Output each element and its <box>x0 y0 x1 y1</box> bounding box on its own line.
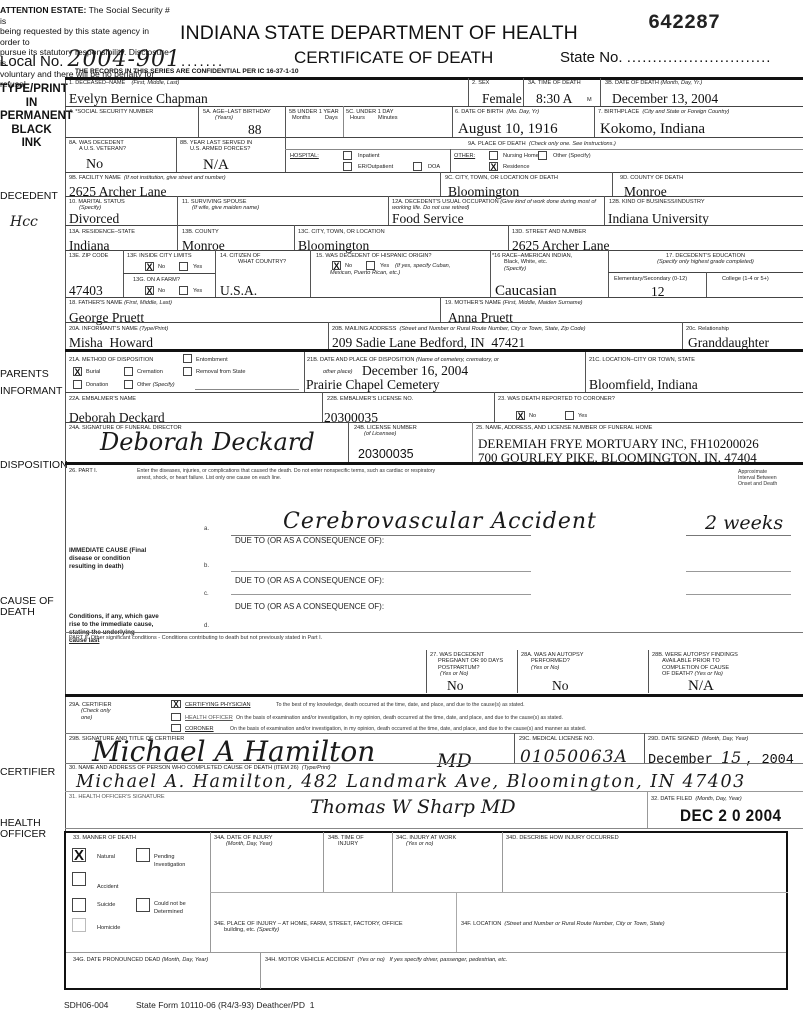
dob-label: 6. DATE OF BIRTH (Mo. Day, Yr) <box>455 109 539 115</box>
side-label-certifier: CERTIFIER <box>0 767 55 778</box>
label-hint: (Yes or no) <box>406 841 433 847</box>
date-signed-day: 15 <box>721 748 741 767</box>
coroner-option-label: CORONER <box>185 726 214 732</box>
name-label: 1. DECEASED–NAME (First, Middle, Last) <box>69 80 179 86</box>
label-hint: (Type/Print) <box>139 326 168 332</box>
health-officer-label: HEALTH OFFICER <box>185 715 233 721</box>
label-hint: (Street and Number or Rural Route Number… <box>399 326 585 332</box>
side-label: TYPE/PRINT <box>0 83 63 97</box>
side-label-disposition: DISPOSITION <box>0 460 68 471</box>
cremation-checkbox[interactable] <box>124 367 133 376</box>
education-label: 17. DECEDENT'S EDUCATION(Specify only hi… <box>608 253 803 266</box>
natural-checkbox[interactable]: X <box>72 848 86 862</box>
removal-label: Removal from State <box>196 369 245 375</box>
natural-label: Natural <box>97 854 115 860</box>
other-label: OTHER: <box>454 153 475 159</box>
label-hint: (Yes or No) <box>531 665 559 671</box>
coroner-label: 23. WAS DEATH REPORTED TO CORONER? <box>498 396 615 402</box>
hispanic-hint: Mexican, Puerto Rican, etc.) <box>330 270 400 276</box>
dob-value: August 10, 1916 <box>458 121 558 138</box>
nursing-home-checkbox[interactable] <box>489 151 498 160</box>
facility-label: 9b. FACILITY NAME (If not institution, g… <box>69 175 226 181</box>
certificate-title: CERTIFICATE OF DEATH <box>294 48 493 68</box>
hispanic-yes-checkbox[interactable] <box>366 261 375 270</box>
director-license-label: 24b. LICENSE NUMBER(of Licensee) <box>354 425 417 438</box>
health-officer-text: On the basis of examination and/or inves… <box>236 715 563 721</box>
months-label: Months <box>292 115 310 121</box>
label-hint: (First, Middle, Maiden Surname) <box>503 300 583 306</box>
injury-date-label: 34a. DATE OF INJURY(Month, Day, Year) <box>214 835 273 848</box>
time-of-death-label: 3a. TIME OF DEATH <box>528 80 581 86</box>
age-value: 88 <box>248 122 262 138</box>
homicide-label: Homicide <box>97 925 120 931</box>
no-label: No <box>158 264 165 270</box>
label-text: WHAT COUNTRY? <box>220 259 286 265</box>
zip-label: 13e. ZIP CODE <box>69 253 108 259</box>
due-to-c: DUE TO (OR AS A CONSEQUENCE OF): <box>235 602 384 611</box>
state-number: State No. ............................ <box>560 49 771 66</box>
interval-label: Approximate Interval Between Onset and D… <box>738 469 777 487</box>
label-text: Pending <box>154 853 185 861</box>
hispanic-no-checkbox[interactable]: X <box>332 261 341 270</box>
pregnant-value: No <box>447 678 464 694</box>
mother-label: 19. MOTHER'S NAME (First, Middle, Maiden… <box>445 300 583 306</box>
local-number-label: Local No. <box>0 53 63 70</box>
label-text: OF DEATH? <box>662 671 693 677</box>
date-of-death-value: December 13, 2004 <box>612 91 718 107</box>
age-label: 5a. AGE–Last Birthday(Years) <box>203 109 271 122</box>
label-text: 18. FATHER'S NAME <box>69 300 123 306</box>
donation-label: Donation <box>86 382 108 388</box>
findings-value: N/A <box>688 678 714 695</box>
label-text: U.S. ARMED FORCES? <box>180 146 252 152</box>
yes-label: Yes <box>193 264 202 270</box>
residence-state-value: Indiana <box>69 238 109 254</box>
nursing-home-label: Nursing Home <box>503 153 539 159</box>
completed-by-label: 30. NAME AND ADDRESS OF PERSON WHO COMPL… <box>69 765 331 771</box>
instruction-text: Enter the diseases, injuries, or complic… <box>137 468 435 475</box>
label-hint: (Yes or no) <box>357 957 384 963</box>
date-signed-value: December 15, 2004 <box>648 748 794 768</box>
label-text: Could not be <box>154 900 186 908</box>
birthplace-label: 7. BIRTHPLACE (City and State or Foreign… <box>598 109 729 115</box>
hispanic-label: 15. WAS DECEDENT OF HISPANIC ORIGIN? <box>316 253 432 259</box>
elementary-label: Elementary/Secondary (0-12) <box>614 276 687 282</box>
side-label: IN <box>0 97 63 111</box>
disposition-method-label: 21a. METHOD OF DISPOSITION <box>69 357 153 363</box>
label-text: 30. NAME AND ADDRESS OF PERSON WHO COMPL… <box>69 765 299 771</box>
label-text: Determined <box>154 908 186 916</box>
medical-license-label: 29c. MEDICAL LICENSE NO. <box>519 736 594 742</box>
doa-checkbox[interactable] <box>413 162 422 171</box>
decedent-name: Evelyn Bernice Chapman <box>69 91 208 107</box>
label-hint: (of Licensee) <box>364 431 396 437</box>
label-text: 9b. FACILITY NAME <box>69 175 121 181</box>
city-limits-yes-checkbox[interactable] <box>179 262 188 271</box>
label-text: 34f. LOCATION <box>461 921 501 927</box>
label-hint: (Specify only highest grade completed) <box>657 259 754 265</box>
label-hint: (Check only <box>81 708 111 714</box>
label-text: 29d. DATE SIGNED <box>648 736 699 742</box>
side-label-informant: INFORMANT <box>0 386 62 397</box>
health-officer-signature-label: 31. HEALTH OFFICER'S SIGNATURE <box>69 794 165 800</box>
pronounced-dead-label: 34g. DATE PRONOUNCED DEAD (Month, Day, Y… <box>73 957 208 963</box>
disposition-other-place-hint: other place) <box>323 369 353 375</box>
days-label: Days <box>325 115 338 121</box>
medical-license-value: 01050063A <box>520 747 628 767</box>
line-c-marker: c. <box>204 591 209 597</box>
label-hint: (If wife, give maiden name) <box>192 205 259 211</box>
veteran-value: No <box>86 157 103 173</box>
label-text: disease or condition <box>69 555 146 563</box>
label-text: 7. BIRTHPLACE <box>598 109 639 115</box>
relationship-label: 20c. Relationship <box>686 326 729 332</box>
residence-label: Residence <box>503 164 529 170</box>
father-value: George Pruett <box>69 310 144 326</box>
city-of-death-value: Bloomington <box>448 184 519 200</box>
label-text: Onset and Death <box>738 481 777 487</box>
label-text: rise to the immediate cause, <box>69 621 159 629</box>
doa-label: DOA <box>428 164 440 170</box>
health-officer-signature: Thomas W Sharp MD <box>310 796 516 818</box>
residence-checkbox[interactable]: X <box>489 162 498 171</box>
hours-label: Hours <box>350 115 365 121</box>
residence-city-label: 13c. CITY, TOWN, OR LOCATION <box>298 229 385 235</box>
citizen-label: 14. CITIZEN OFWHAT COUNTRY? <box>220 253 286 266</box>
label-hint: If yes specify driver, passenger, pedest… <box>389 957 507 963</box>
injury-at-work-label: 34c. INJURY AT WORK(Yes or no) <box>396 835 456 848</box>
burial-label: Burial <box>86 369 100 375</box>
embalmer-label: 22a. EMBALMER'S NAME <box>69 396 136 402</box>
city-limits-no-checkbox[interactable]: X <box>145 262 154 271</box>
other-disposition-checkbox[interactable] <box>124 380 133 389</box>
donation-checkbox[interactable] <box>73 380 82 389</box>
city-of-death-label: 9c. CITY, TOWN, OR LOCATION OF DEATH <box>445 175 558 181</box>
injury-how-label: 34d. DESCRIBE HOW INJURY OCCURRED <box>506 835 619 841</box>
label-hint: (Yes or No) <box>695 671 723 677</box>
line-a-marker: a. <box>204 526 209 532</box>
label-text: 9a. PLACE OF DEATH <box>468 141 526 147</box>
farm-no-checkbox[interactable]: X <box>145 286 154 295</box>
label-hint: (Yes or No) <box>440 671 468 677</box>
label-text: 20b. MAILING ADDRESS <box>332 326 396 332</box>
certifier-label: 29a. CERTIFIER(Check onlyone) <box>69 702 111 721</box>
date-filed-stamp: DEC 2 0 2004 <box>680 806 782 826</box>
label-hint: (Specify) <box>257 927 279 933</box>
residence-city-value: Bloomington <box>298 238 369 254</box>
part1-instructions: Enter the diseases, injuries, or complic… <box>137 468 435 482</box>
certifier-title: MD <box>437 750 472 772</box>
no-label: No <box>345 263 352 269</box>
side-label-parents: PARENTS <box>0 369 49 380</box>
label-text: 1. DECEASED–NAME <box>69 80 125 86</box>
sex-value: Female <box>482 91 522 107</box>
coroner-yes-checkbox[interactable] <box>565 411 574 420</box>
occupation-label: 12a. DECEDENT'S USUAL OCCUPATION (Give k… <box>392 199 602 212</box>
suicide-label: Suicide <box>97 902 115 908</box>
autopsy-label: 28a. WAS AN AUTOPSYPERFORMED?(Yes or No) <box>521 652 584 671</box>
yes-label: Yes <box>578 413 587 419</box>
pending-checkbox[interactable] <box>136 848 150 862</box>
line-d-marker: d. <box>204 623 209 629</box>
birthplace-value: Kokomo, Indiana <box>600 121 705 138</box>
label-text: Investigation <box>154 861 185 869</box>
certifying-physician-label: CERTIFYING PHYSICIAN <box>185 702 250 708</box>
removal-checkbox[interactable] <box>183 367 192 376</box>
informant-name-label: 20a. INFORMANT'S NAME (Type/Print) <box>69 326 168 332</box>
farm-label: 13g. ON A FARM? <box>133 277 180 283</box>
inpatient-label: Inpatient <box>358 153 379 159</box>
race-label: *16 RACE–American Indian,Black, White, e… <box>492 253 572 272</box>
side-note-handwritten: Hcc <box>10 214 38 230</box>
funeral-home-label: 25. NAME, ADDRESS, AND LICENSE NUMBER OF… <box>476 425 652 431</box>
year-served-label: 8b. YEAR LAST SERVED INU.S. ARMED FORCES… <box>180 140 252 153</box>
pending-label: PendingInvestigation <box>154 853 185 869</box>
findings-label: 28b. WERE AUTOPSY FINDINGSAVAILABLE PRIO… <box>652 652 738 678</box>
farm-yes-checkbox[interactable] <box>179 286 188 295</box>
label-hint: (Month, Day, Year) <box>226 841 272 847</box>
injury-place-label: 34e. PLACE OF INJURY – At home, farm, st… <box>214 921 403 934</box>
completed-by-value: Michael A. Hamilton, 482 Landmark Ave, B… <box>76 772 746 792</box>
interval-a-value: 2 weeks <box>705 512 783 534</box>
label-text: 34h. MOTOR VEHICLE ACCIDENT <box>265 957 354 963</box>
immediate-cause-label: IMMEDIATE CAUSE (Final disease or condit… <box>69 547 146 571</box>
er-outpatient-label: ER/Outpatient <box>358 164 393 170</box>
form-name: State Form 10110-06 (R4/3-93) Deathcer/P… <box>136 1000 314 1010</box>
stamp-number: 642287 <box>648 12 720 35</box>
attention-bold: ATTENTION ESTATE: <box>0 5 86 15</box>
veteran-label: 8a. WAS DECEDENTA U.S. VETERAN? <box>69 140 126 153</box>
yes-label: Yes <box>380 263 389 269</box>
er-outpatient-checkbox[interactable] <box>343 162 352 171</box>
injury-time-label: 34b. TIME OFINJURY <box>328 835 364 848</box>
business-label: 12b. KIND OF BUSINESS/INDUSTRY <box>609 199 705 205</box>
due-to-b: DUE TO (OR AS A CONSEQUENCE OF): <box>235 576 384 585</box>
side-label-health-officer: HEALTH OFFICER <box>0 818 46 840</box>
entombment-checkbox[interactable] <box>183 354 192 363</box>
label-hint: (If not institution, give street and num… <box>124 175 226 181</box>
informant-address-label: 20b. MAILING ADDRESS (Street and Number … <box>332 326 586 332</box>
manner-of-death-label: 33. MANNER OF DEATH <box>73 835 136 841</box>
residence-county-label: 13b. COUNTY <box>182 229 219 235</box>
spouse-label: 11. SURVIVING SPOUSE(If wife, give maide… <box>182 199 259 212</box>
cremation-label: Cremation <box>137 369 163 375</box>
pregnant-label: 27. WAS DECEDENTPREGNANT OR 90 DAYSPOSTP… <box>430 652 503 678</box>
label-hint: (City and State or Foreign Country) <box>642 109 729 115</box>
coroner-no-checkbox[interactable]: X <box>516 411 525 420</box>
street-label: 13d. STREET AND NUMBER <box>512 229 586 235</box>
label-text: Conditions, if any, which gave <box>69 613 159 621</box>
date-signed-label: 29d. DATE SIGNED (Month, Day, Year) <box>648 736 748 742</box>
could-not-determine-label: Could not beDetermined <box>154 900 186 916</box>
part2-label: PART II. Other significant conditions - … <box>69 635 322 641</box>
side-label-cause-of-death: CAUSE OF DEATH <box>0 596 54 618</box>
hispanic-hint: (If yes, specify Cuban, <box>395 263 450 269</box>
part1-label: 26. PART I. <box>69 468 97 474</box>
label-text: 19. MOTHER'S NAME <box>445 300 501 306</box>
side-label: BLACK INK <box>0 124 63 151</box>
county-of-death-label: 9d. COUNTY OF DEATH <box>620 175 683 181</box>
residence-state-label: 13a. RESIDENCE–STATE <box>69 229 135 235</box>
label-text: PREGNANT OR 90 DAYS <box>430 658 503 664</box>
embalmer-value: Deborah Deckard <box>69 410 165 426</box>
confidential-notice: THE RECORDS IN THIS SERIES ARE CONFIDENT… <box>75 68 299 75</box>
disposition-location-value: Bloomfield, Indiana <box>589 377 698 393</box>
label-hint: (Specify) <box>504 266 526 272</box>
residence-county-value: Monroe <box>182 238 225 254</box>
autopsy-value: No <box>552 678 569 694</box>
label-text: IMMEDIATE CAUSE (Final <box>69 547 146 555</box>
certifying-physician-checkbox[interactable]: X <box>171 700 181 708</box>
other-specify-checkbox[interactable] <box>538 151 547 160</box>
disposition-place-value: Prairie Chapel Cemetery <box>306 377 439 393</box>
label-hint: one) <box>81 715 92 721</box>
college-label: College (1-4 or 5+) <box>722 276 769 282</box>
label-text: 12a. DECEDENT'S USUAL OCCUPATION <box>392 199 499 205</box>
attention-text: being requested by this state agency in … <box>0 26 170 47</box>
city-limits-label: 13f. INSIDE CITY LIMITS <box>127 253 192 259</box>
label-hint: (Mo. Day, Yr) <box>506 109 539 115</box>
form-code: SDH06-004 <box>64 1000 108 1010</box>
time-of-death-value: 8:30 A <box>536 91 572 107</box>
facility-value: 2625 Archer Lane <box>69 184 166 200</box>
label-text: Other <box>137 382 151 388</box>
time-suffix: M <box>587 97 592 103</box>
instruction-text: arrest, shock, or heart failure. List on… <box>137 475 435 482</box>
label-hint: (Type/Print) <box>302 765 331 771</box>
other-specify-label: Other (Specify) <box>553 153 591 159</box>
label-text: resulting in death) <box>69 563 146 571</box>
date-signed-year: , 2004 <box>741 753 794 768</box>
suicide-checkbox[interactable] <box>72 898 86 912</box>
director-signature: Deborah Deckard <box>100 428 315 456</box>
label-text: A U.S. VETERAN? <box>69 146 126 152</box>
side-label: OFFICER <box>0 829 46 840</box>
street-value: 2625 Archer Lane <box>512 238 609 254</box>
state-number-value: ............................ <box>627 49 772 66</box>
label-hint: (Street and Number or Rural Route Number… <box>504 921 664 927</box>
label-hint: (First, Middle, Last) <box>124 300 172 306</box>
hospital-label: HOSPITAL: <box>290 153 319 159</box>
minutes-label: Minutes <box>378 115 398 121</box>
ssn-label: 4. *SOCIAL SECURITY NUMBER <box>69 109 153 115</box>
label-hint: (Month, Day, Year) <box>702 736 748 742</box>
label-hint: other place) <box>323 369 353 375</box>
homicide-checkbox[interactable] <box>72 918 86 932</box>
accident-label: Accident <box>97 884 118 890</box>
label-hint: (Month, Day, Yr.) <box>660 80 702 86</box>
inpatient-checkbox[interactable] <box>343 151 352 160</box>
health-officer-checkbox[interactable] <box>171 713 181 721</box>
injury-location-label: 34f. LOCATION (Street and Number or Rura… <box>461 921 665 927</box>
other-disposition-label: Other (Specify) <box>137 382 175 388</box>
date-filed-label: 32. DATE FILED (Month, Day, Year) <box>651 796 742 802</box>
label-text: 3b. DATE OF DEATH <box>605 80 659 86</box>
side-label: DEATH <box>0 607 54 618</box>
date-signed-month: December <box>648 753 713 768</box>
label-hint: (Specify) <box>153 382 175 388</box>
certifying-physician-text: To the best of my knowledge, death occur… <box>276 702 525 708</box>
label-text: building, etc. <box>224 927 255 933</box>
entombment-label: Entombment <box>196 357 228 363</box>
label-hint: (Years) <box>215 115 233 121</box>
no-label: No <box>529 413 536 419</box>
cause-a-value: Cerebrovascular Accident <box>283 509 597 534</box>
department-title: INDIANA STATE DEPARTMENT OF HEALTH <box>180 22 578 45</box>
place-of-death-label: 9a. PLACE OF DEATH (Check only one. See … <box>468 141 616 147</box>
label-hint: (Month, Day, Year) <box>695 796 741 802</box>
father-label: 18. FATHER'S NAME (First, Middle, Last) <box>69 300 172 306</box>
yes-label: Yes <box>193 288 202 294</box>
embalmer-license-label: 22b. EMBALMER'S LICENSE NO. <box>327 396 413 402</box>
side-instructions: TYPE/PRINT IN PERMANENT BLACK INK <box>0 83 63 151</box>
coroner-checkbox[interactable] <box>171 724 181 732</box>
embalmer-license-value: 20300035 <box>324 410 378 426</box>
coroner-text: On the basis of examination and/or inves… <box>230 726 586 732</box>
marital-label: 10. MARITAL STATUS(Specify) <box>69 199 125 212</box>
due-to-a: DUE TO (OR AS A CONSEQUENCE OF): <box>235 536 384 545</box>
disposition-location-label: 21c. LOCATION–City or Town, State <box>589 357 695 363</box>
could-not-determine-checkbox[interactable] <box>136 898 150 912</box>
state-number-label: State No. <box>560 49 623 66</box>
motor-vehicle-label: 34h. MOTOR VEHICLE ACCIDENT (Yes or no) … <box>265 957 507 963</box>
date-of-death-label: 3b. DATE OF DEATH (Month, Day, Yr.) <box>605 80 702 86</box>
label-text: 6. DATE OF BIRTH <box>455 109 503 115</box>
director-license-value: 20300035 <box>358 447 414 461</box>
no-label: No <box>158 288 165 294</box>
label-hint: (First, Middle, Last) <box>131 80 179 86</box>
label-text: INJURY <box>328 841 364 847</box>
label-text: 32. DATE FILED <box>651 796 692 802</box>
county-of-death-value: Monroe <box>624 184 667 200</box>
side-label: PERMANENT <box>0 110 63 124</box>
label-hint: (Check only one. See Instructions.) <box>529 141 616 147</box>
label-text: 34g. DATE PRONOUNCED DEAD <box>73 957 160 963</box>
burial-checkbox[interactable]: X <box>73 367 82 376</box>
label-hint: (Month, Day, Year) <box>162 957 208 963</box>
mother-value: Anna Pruett <box>448 310 513 326</box>
line-b-marker: b. <box>204 563 209 569</box>
side-label-decedent: DECEDENT <box>0 191 58 202</box>
sex-label: 2. SEX <box>472 80 489 86</box>
accident-checkbox[interactable] <box>72 872 86 886</box>
label-text: 20a. INFORMANT'S NAME <box>69 326 138 332</box>
label-text: 5a. AGE–Last Birthday <box>203 109 271 115</box>
